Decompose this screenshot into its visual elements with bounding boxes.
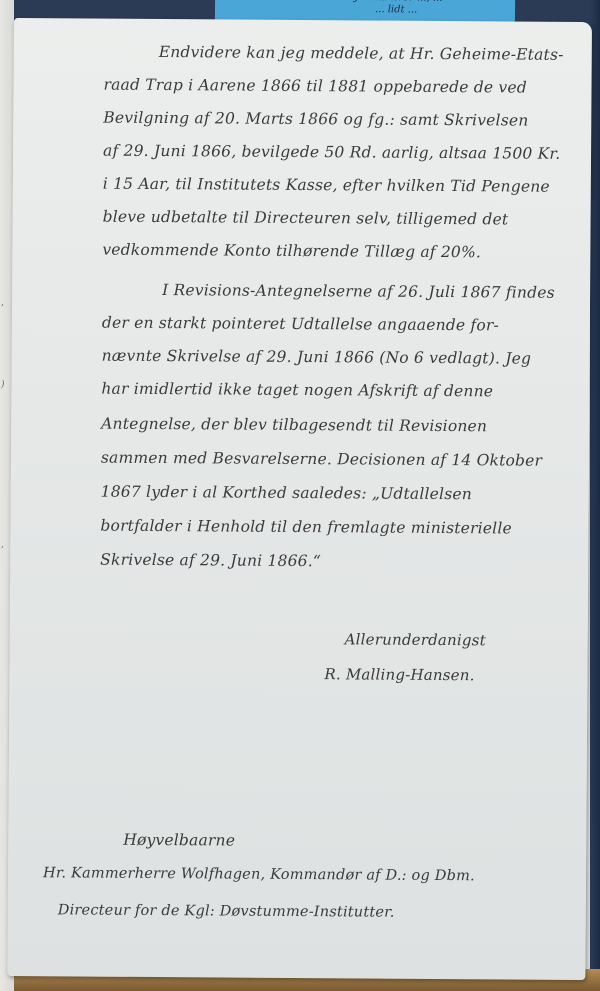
blue-card-line: ... lidt ... [375,4,417,15]
text-line: I Revisions-Antegnelserne af 26. Juli 18… [162,281,555,302]
text-line: Endvidere kan jeg meddele, at Hr. Geheim… [159,43,564,64]
page-mark: ) [1,380,5,390]
text-line: af 29. Juni 1866, bevilgede 50 Rd. aarli… [103,142,561,163]
text-line: Antegnelse, der blev tilbagesendt til Re… [101,415,487,436]
address-line: Directeur for de Kgl: Døvstumme-Institut… [58,902,395,920]
text-line: vedkommende Konto tilhørende Tillæg af 2… [102,241,481,262]
text-line: 1867 lyder i al Korthed saaledes: „Udtal… [101,483,472,504]
text-line: Bevilgning af 20. Marts 1866 og fg.: sam… [103,109,528,130]
address-honorific: Høyvelbaarne [123,831,235,850]
text-line: der en starkt pointeret Udtallelse angaa… [102,314,499,335]
letter-page: Endvidere kan jeg meddele, at Hr. Geheim… [7,18,592,980]
text-line: bortfalder i Henhold til den fremlagte m… [100,517,512,538]
background-right-edge [590,0,600,991]
text-line: sammen med Besvarelserne. Decisionen af … [101,449,542,470]
signature: R. Malling-Hansen. [324,665,474,684]
page-mark: , [1,540,4,550]
text-line: har imidlertid ikke taget nogen Afskrift… [101,380,493,401]
text-line: nævnte Skrivelse af 29. Juni 1866 (No 6 … [102,347,532,368]
text-line: i 15 Aar, til Institutets Kasse, efter h… [103,175,550,196]
text-line: raad Trap i Aarene 1866 til 1881 oppebar… [103,76,526,97]
page-mark: ‚ [1,298,4,308]
text-line: Skrivelse af 29. Juni 1866.“ [100,551,321,571]
salutation: Allerunderdanigst [345,630,486,649]
text-line: bleve udbetalte til Directeuren selv, ti… [103,208,509,229]
address-line: Hr. Kammerherre Wolfhagen, Kommandør af … [43,865,475,884]
